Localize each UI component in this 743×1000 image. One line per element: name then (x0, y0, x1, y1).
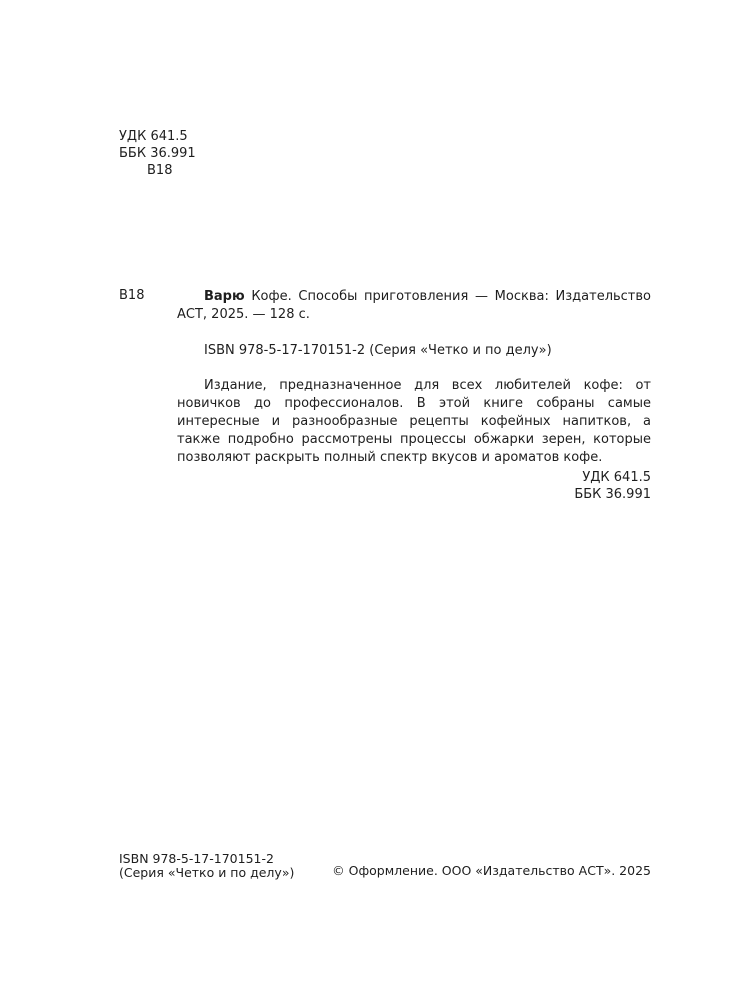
bottom-classification-codes: УДК 641.5 ББК 36.991 (177, 469, 651, 503)
bbk-code-bottom: ББК 36.991 (177, 486, 651, 503)
footer-isbn-block: ISBN 978-5-17-170151-2 (Серия «Четко и п… (119, 852, 294, 880)
bibliographic-description: Варю Кофе. Способы приготовления — Москв… (177, 288, 651, 324)
footer-isbn: ISBN 978-5-17-170151-2 (119, 852, 294, 866)
annotation: Издание, предназначенное для всех любите… (177, 377, 651, 467)
author-mark: В18 (119, 162, 196, 179)
udk-code-bottom: УДК 641.5 (177, 469, 651, 486)
top-classification-codes: УДК 641.5 ББК 36.991 В18 (119, 128, 196, 179)
bibliographic-record: Варю Кофе. Способы приготовления — Москв… (177, 288, 651, 503)
footer-series: (Серия «Четко и по делу») (119, 866, 294, 880)
bibliographic-author-mark: В18 (119, 288, 144, 303)
isbn-series-line: ISBN 978-5-17-170151-2 (Серия «Четко и п… (177, 342, 651, 360)
copyright-notice: © Оформление. ООО «Издательство АСТ». 20… (332, 863, 651, 878)
title-and-imprint: Кофе. Способы приготовления — Москва: Из… (177, 289, 651, 322)
author-name: Варю (204, 289, 245, 304)
bbk-code: ББК 36.991 (119, 145, 196, 162)
udk-code: УДК 641.5 (119, 128, 196, 145)
